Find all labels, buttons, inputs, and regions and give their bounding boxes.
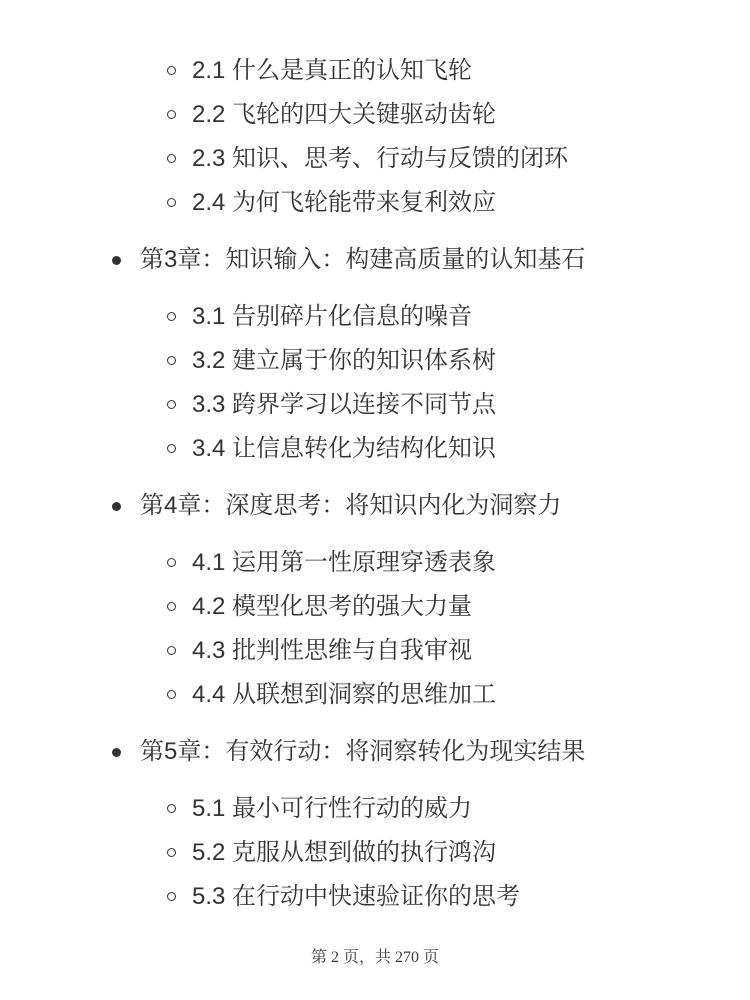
chapter-title: 第4章：深度思考：将知识内化为洞察力 bbox=[0, 484, 750, 528]
chapter2-section-list: 2.1 什么是真正的认知飞轮 2.2 飞轮的四大关键驱动齿轮 2.3 知识、思考… bbox=[0, 49, 750, 225]
table-of-contents: 2.1 什么是真正的认知飞轮 2.2 飞轮的四大关键驱动齿轮 2.3 知识、思考… bbox=[0, 49, 750, 919]
chapter4-section-list: 4.1 运用第一性原理穿透表象 4.2 模型化思考的强大力量 4.3 批判性思维… bbox=[0, 541, 750, 717]
toc-section-item: 2.4 为何飞轮能带来复利效应 bbox=[0, 181, 750, 225]
toc-chapter: 第3章：知识输入：构建高质量的认知基石 3.1 告别碎片化信息的噪音 3.2 建… bbox=[0, 238, 750, 471]
chapter-title: 第5章：有效行动：将洞察转化为现实结果 bbox=[0, 730, 750, 774]
chapter3-section-list: 3.1 告别碎片化信息的噪音 3.2 建立属于你的知识体系树 3.3 跨界学习以… bbox=[0, 295, 750, 471]
toc-section-item: 5.1 最小可行性行动的威力 bbox=[0, 787, 750, 831]
toc-section-item: 4.3 批判性思维与自我审视 bbox=[0, 629, 750, 673]
toc-chapter: 第5章：有效行动：将洞察转化为现实结果 5.1 最小可行性行动的威力 5.2 克… bbox=[0, 730, 750, 919]
toc-section-item: 3.3 跨界学习以连接不同节点 bbox=[0, 383, 750, 427]
chapter5-section-list: 5.1 最小可行性行动的威力 5.2 克服从想到做的执行鸿沟 5.3 在行动中快… bbox=[0, 787, 750, 919]
toc-section-item: 3.4 让信息转化为结构化知识 bbox=[0, 427, 750, 471]
toc-section-item: 2.3 知识、思考、行动与反馈的闭环 bbox=[0, 137, 750, 181]
chapter-list: 第3章：知识输入：构建高质量的认知基石 3.1 告别碎片化信息的噪音 3.2 建… bbox=[0, 238, 750, 919]
toc-section-item: 4.4 从联想到洞察的思维加工 bbox=[0, 673, 750, 717]
toc-section-item: 2.1 什么是真正的认知飞轮 bbox=[0, 49, 750, 93]
toc-section-item: 3.1 告别碎片化信息的噪音 bbox=[0, 295, 750, 339]
toc-section-item: 4.2 模型化思考的强大力量 bbox=[0, 585, 750, 629]
page-number-indicator: 第 2 页，共 270 页 bbox=[0, 944, 750, 967]
toc-section-item: 5.2 克服从想到做的执行鸿沟 bbox=[0, 831, 750, 875]
toc-chapter: 第4章：深度思考：将知识内化为洞察力 4.1 运用第一性原理穿透表象 4.2 模… bbox=[0, 484, 750, 717]
toc-section-item: 3.2 建立属于你的知识体系树 bbox=[0, 339, 750, 383]
chapter-title: 第3章：知识输入：构建高质量的认知基石 bbox=[0, 238, 750, 282]
toc-section-item: 2.2 飞轮的四大关键驱动齿轮 bbox=[0, 93, 750, 137]
toc-section-item: 5.3 在行动中快速验证你的思考 bbox=[0, 875, 750, 919]
toc-section-item: 4.1 运用第一性原理穿透表象 bbox=[0, 541, 750, 585]
